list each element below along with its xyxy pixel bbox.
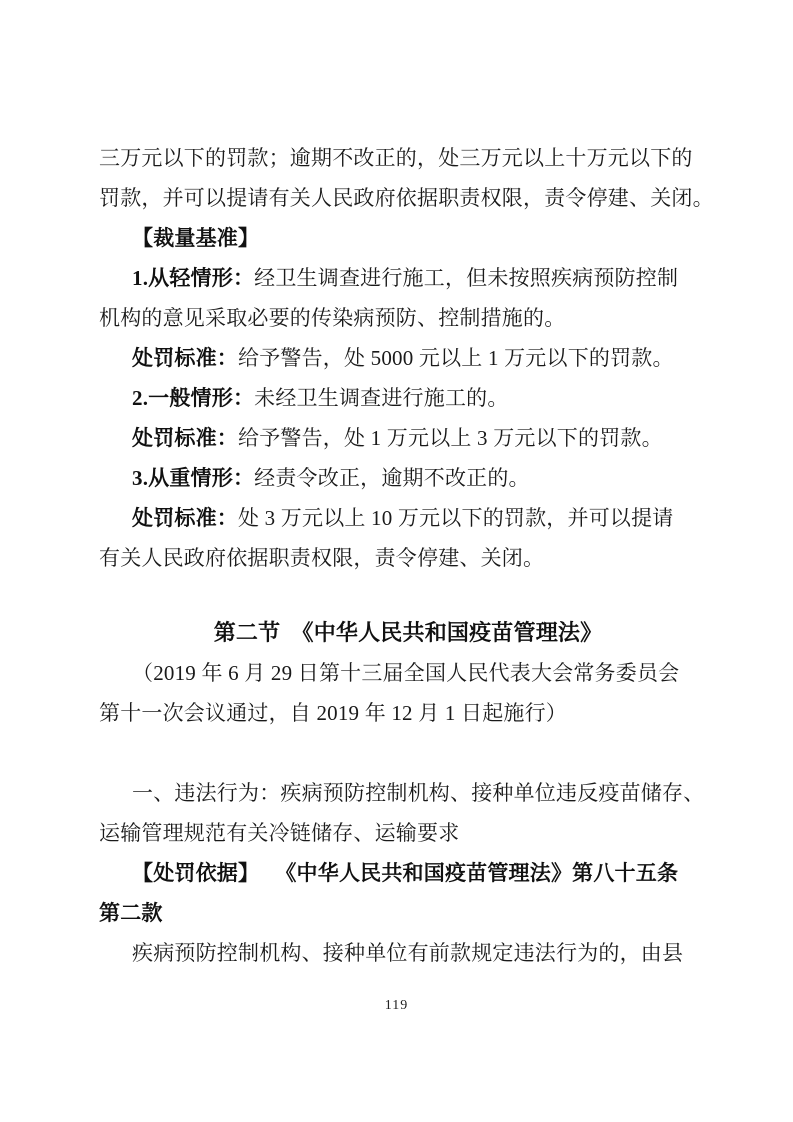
- item-2-penalty-standard: 处罚标准：给予警告，处 1 万元以上 3 万元以下的罚款。: [99, 418, 717, 458]
- text-run: 罚款，并可以提请有关人民政府依据职责权限，责令停建、关闭。: [99, 186, 714, 210]
- enactment-note: （2019 年 6 月 29 日第十三届全国人民代表大会常务委员会第十一次会议通…: [99, 653, 717, 733]
- text-run: 第二款: [99, 901, 163, 925]
- text-run: 给予警告，处 5000 元以上 1 万元以下的罚款。: [238, 346, 674, 370]
- text-run: 【处罚依据】: [132, 861, 249, 885]
- item-3-penalty-standard: 处罚标准：处 3 万元以上 10 万元以下的罚款，并可以提请有关人民政府依据职责…: [99, 498, 717, 578]
- document-content: 三万元以下的罚款；逾期不改正的，处三万元以上十万元以下的罚款，并可以提请有关人民…: [99, 138, 717, 973]
- heading-discretion-benchmark: 【裁量基准】: [99, 218, 717, 258]
- para-fine-continuation: 三万元以下的罚款；逾期不改正的，处三万元以上十万元以下的罚款，并可以提请有关人民…: [99, 138, 717, 218]
- item-3-aggravating-circumstance: 3.从重情形：经责令改正，逾期不改正的。: [99, 458, 717, 498]
- section-2-title: 第二节 《中华人民共和国疫苗管理法》: [99, 613, 717, 653]
- text-run: 三万元以下的罚款；逾期不改正的，处三万元以上十万元以下的: [99, 146, 693, 170]
- text-run: 运输管理规范有关冷链储存、运输要求: [99, 821, 459, 845]
- text-run: 3.从重情形：: [132, 466, 254, 490]
- penalty-basis: 【处罚依据】 《中华人民共和国疫苗管理法》第八十五条第二款: [99, 853, 717, 933]
- text-run: 第二节 《中华人民共和国疫苗管理法》: [214, 620, 603, 645]
- text-run: （2019 年 6 月 29 日第十三届全国人民代表大会常务委员会: [132, 661, 679, 685]
- text-run: 疾病预防控制机构、接种单位有前款规定违法行为的，由县: [132, 941, 683, 965]
- text-run: 处罚标准：: [132, 346, 238, 370]
- text-run: 机构的意见采取必要的传染病预防、控制措施的。: [99, 306, 565, 330]
- item-1-mitigating-circumstance: 1.从轻情形：经卫生调查进行施工，但未按照疾病预防控制机构的意见采取必要的传染病…: [99, 258, 717, 338]
- text-run: 处罚标准：: [132, 426, 238, 450]
- text-run: 处 3 万元以上 10 万元以下的罚款，并可以提请: [238, 506, 674, 530]
- text-run: 未经卫生调查进行施工的。: [254, 386, 508, 410]
- page-number: 119: [0, 998, 793, 1014]
- text-run: 一、违法行为：疾病预防控制机构、接种单位违反疫苗储存、: [132, 781, 704, 805]
- violation-act-1: 一、违法行为：疾病预防控制机构、接种单位违反疫苗储存、运输管理规范有关冷链储存、…: [99, 773, 717, 853]
- text-run: 经卫生调查进行施工，但未按照疾病预防控制: [254, 266, 678, 290]
- text-run: [249, 861, 276, 885]
- text-run: 1.从轻情形：: [132, 266, 254, 290]
- text-run: 《中华人民共和国疫苗管理法》第八十五条: [275, 861, 678, 885]
- para-provision-text: 疾病预防控制机构、接种单位有前款规定违法行为的，由县: [99, 933, 717, 973]
- text-run: 第十一次会议通过，自 2019 年 12 月 1 日起施行）: [99, 701, 567, 725]
- text-run: 给予警告，处 1 万元以上 3 万元以下的罚款。: [238, 426, 663, 450]
- text-run: 【裁量基准】: [132, 226, 259, 250]
- text-run: 处罚标准：: [132, 506, 238, 530]
- text-run: 2.一般情形：: [132, 386, 254, 410]
- item-2-general-circumstance: 2.一般情形：未经卫生调查进行施工的。: [99, 378, 717, 418]
- text-run: 有关人民政府依据职责权限，责令停建、关闭。: [99, 546, 544, 570]
- document-page: 三万元以下的罚款；逾期不改正的，处三万元以上十万元以下的罚款，并可以提请有关人民…: [0, 0, 793, 1122]
- item-1-penalty-standard: 处罚标准：给予警告，处 5000 元以上 1 万元以下的罚款。: [99, 338, 717, 378]
- text-run: 经责令改正，逾期不改正的。: [254, 466, 530, 490]
